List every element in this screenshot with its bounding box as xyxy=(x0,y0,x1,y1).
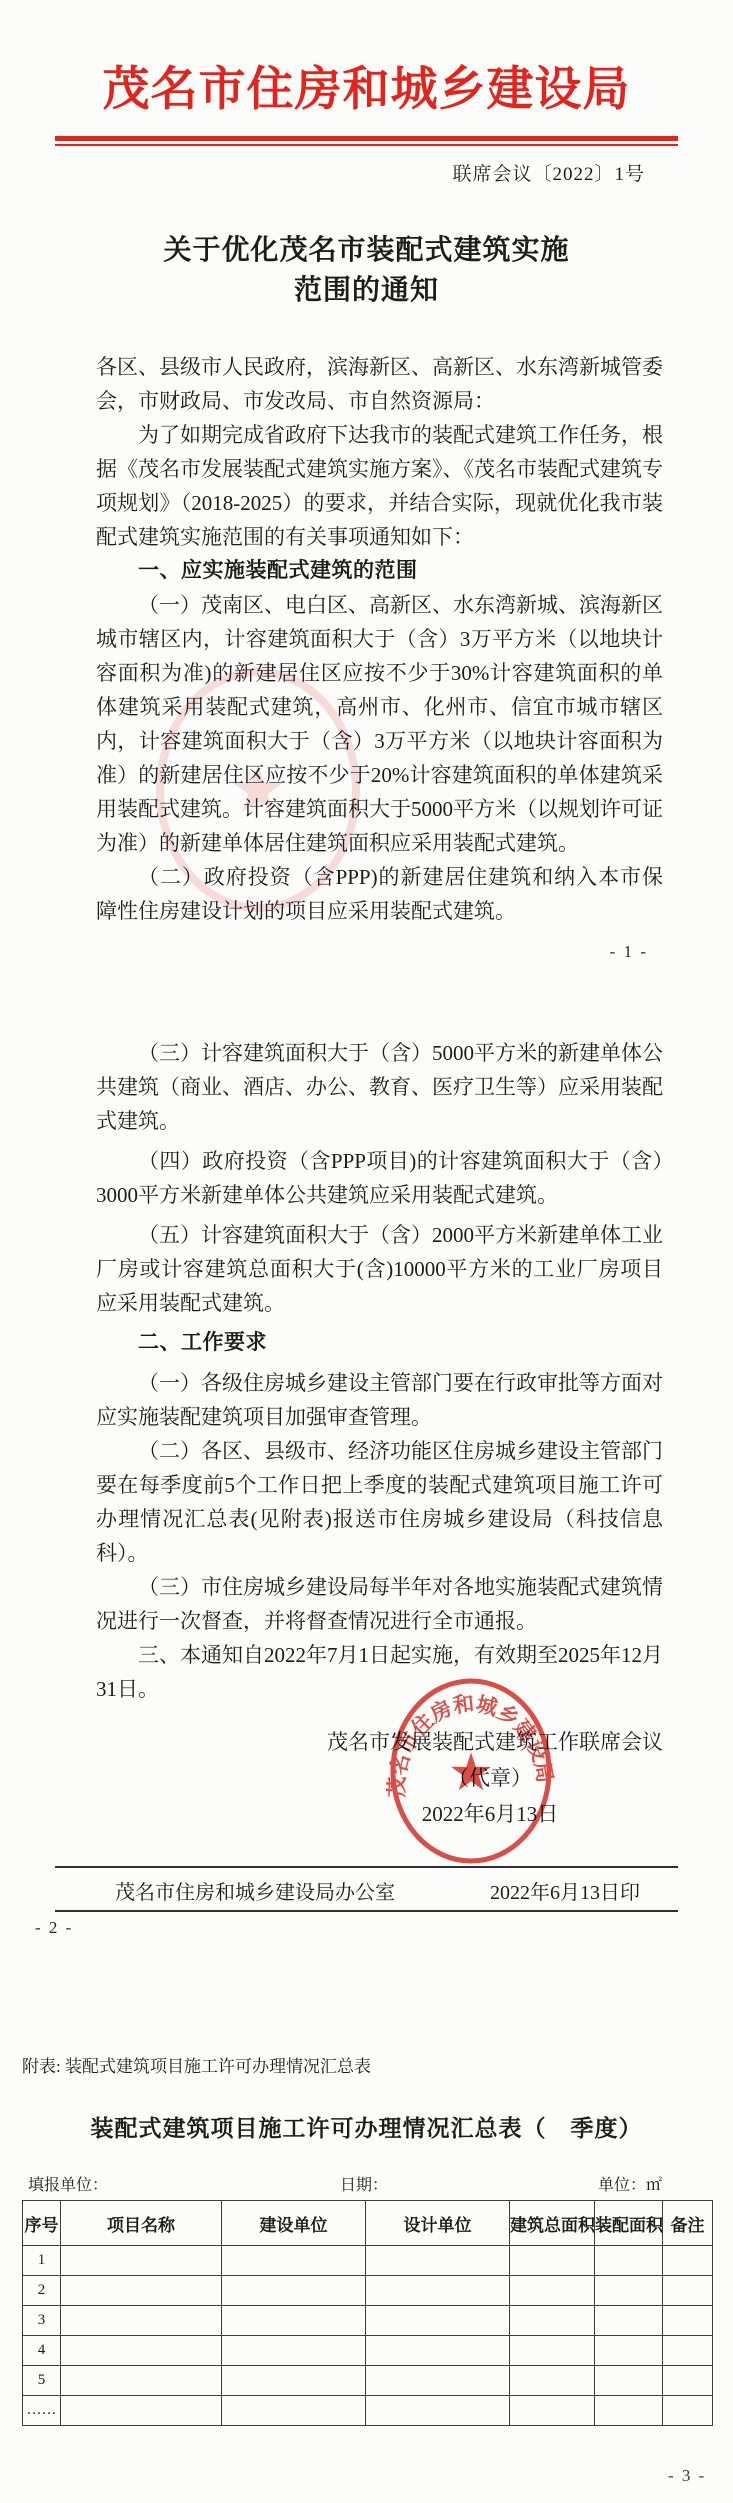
table-row: 5 xyxy=(23,2366,713,2396)
table-row: …… xyxy=(23,2396,713,2426)
letterhead-rule-thick xyxy=(55,136,678,141)
page1-number: - 1 - xyxy=(610,942,648,962)
table-cell-empty xyxy=(595,2306,663,2336)
salutation: 各区、县级市人民政府，滨海新区、高新区、水东湾新城管委会，市财政局、市发改局、市… xyxy=(96,350,663,418)
section2-heading: 二、工作要求 xyxy=(96,1326,663,1360)
item-2: （二）政府投资（含PPP)的新建居住建筑和纳入本市保障性住房建设计划的项目应采用… xyxy=(96,860,663,928)
row-seq: 4 xyxy=(23,2336,61,2366)
validity-clause: 三、本通知自2022年7月1日起实施，有效期至2025年12月31日。 xyxy=(96,1638,663,1706)
colophon-rule-bottom xyxy=(55,1910,678,1912)
agency-letterhead: 茂名市住房和城乡建设局 xyxy=(0,52,733,119)
table-cell-empty xyxy=(595,2366,663,2396)
section1-heading: 一、应实施装配式建筑的范围 xyxy=(96,554,663,588)
table-cell-empty xyxy=(366,2276,510,2306)
item-1: （一）茂南区、电白区、高新区、水东湾新城、滨海新区城市辖区内，计容建筑面积大于（… xyxy=(96,588,663,860)
table-cell-empty xyxy=(510,2276,595,2306)
intro-paragraph: 为了如期完成省政府下达我市的装配式建筑工作任务，根据《茂名市发展装配式建筑实施方… xyxy=(96,418,663,554)
table-row: 2 xyxy=(23,2276,713,2306)
table-cell-empty xyxy=(61,2276,222,2306)
table-cell-empty xyxy=(61,2246,222,2276)
requirement-2: （二）各区、县级市、经济功能区住房城乡建设主管部门要在每季度前5个工作日把上季度… xyxy=(96,1434,663,1570)
col-header-name: 项目名称 xyxy=(61,2201,222,2246)
table-cell-empty xyxy=(510,2246,595,2276)
table-cell-empty xyxy=(61,2396,222,2426)
row-seq: 2 xyxy=(23,2276,61,2306)
table-cell-empty xyxy=(663,2366,713,2396)
table-cell-empty xyxy=(510,2306,595,2336)
table-cell-empty xyxy=(222,2306,366,2336)
table-row: 4 xyxy=(23,2336,713,2366)
table-cell-empty xyxy=(595,2246,663,2276)
page2-body: （三）计容建筑面积大于（含）5000平方米的新建单体公共建筑（商业、酒店、办公、… xyxy=(96,1036,663,1706)
item-5: （五）计容建筑面积大于（含）2000平方米新建单体工业厂房或计容建筑总面积大于(… xyxy=(96,1218,663,1320)
attachment-table-title: 装配式建筑项目施工许可办理情况汇总表（ 季度） xyxy=(0,2110,733,2143)
table-cell-empty xyxy=(222,2246,366,2276)
seal-star-icon: ★ xyxy=(448,1745,495,1802)
row-seq: …… xyxy=(23,2396,61,2426)
page3-number: - 3 - xyxy=(668,2466,706,2486)
colophon-rule-top xyxy=(55,1866,678,1868)
document-number: 联席会议〔2022〕1号 xyxy=(452,159,645,186)
table-cell-empty xyxy=(366,2396,510,2426)
table-cell-empty xyxy=(595,2336,663,2366)
table-cell-empty xyxy=(366,2306,510,2336)
summary-table: 序号 项目名称 建设单位 设计单位 建筑总面积 装配面积 备注 1 2 3 xyxy=(22,2200,713,2426)
page2-number: - 2 - xyxy=(35,1918,73,1938)
table-cell-empty xyxy=(663,2396,713,2426)
table-cell-empty xyxy=(222,2366,366,2396)
date-label: 日期： xyxy=(340,2172,388,2195)
table-cell-empty xyxy=(61,2336,222,2366)
table-cell-empty xyxy=(595,2276,663,2306)
table-header-row: 序号 项目名称 建设单位 设计单位 建筑总面积 装配面积 备注 xyxy=(23,2201,713,2246)
col-header-seq: 序号 xyxy=(23,2201,61,2246)
fill-unit-label: 填报单位： xyxy=(28,2172,108,2195)
page1-body: 各区、县级市人民政府，滨海新区、高新区、水东湾新城管委会，市财政局、市发改局、市… xyxy=(96,350,663,928)
unit-label: 单位：㎡ xyxy=(598,2172,662,2195)
requirement-3: （三）市住房城乡建设局每半年对各地实施装配式建筑情况进行一次督查，并将督查情况进… xyxy=(96,1570,663,1638)
item-4: （四）政府投资（含PPP项目)的计容建筑面积大于（含）3000平方米新建单体公共… xyxy=(96,1144,663,1212)
row-seq: 3 xyxy=(23,2306,61,2336)
table-cell-empty xyxy=(366,2246,510,2276)
letterhead-rule-thin xyxy=(55,144,678,146)
col-header-asm: 装配面积 xyxy=(595,2201,663,2246)
col-header-area: 建筑总面积 xyxy=(510,2201,595,2246)
table-cell-empty xyxy=(663,2276,713,2306)
table-cell-empty xyxy=(595,2396,663,2426)
table-cell-empty xyxy=(663,2246,713,2276)
document-title-line1: 关于优化茂名市装配式建筑实施 xyxy=(0,228,733,268)
attachment-label: 附表: 装配式建筑项目施工许可办理情况汇总表 xyxy=(22,2052,371,2077)
row-seq: 5 xyxy=(23,2366,61,2396)
table-cell-empty xyxy=(663,2336,713,2366)
table-cell-empty xyxy=(663,2306,713,2336)
table-cell-empty xyxy=(61,2306,222,2336)
signature-org: 茂名市发展装配式建筑工作联席会议 xyxy=(96,1726,663,1756)
col-header-design: 设计单位 xyxy=(366,2201,510,2246)
col-header-build: 建设单位 xyxy=(222,2201,366,2246)
table-cell-empty xyxy=(222,2396,366,2426)
row-seq: 1 xyxy=(23,2246,61,2276)
colophon-print-date: 2022年6月13日印 xyxy=(490,1876,640,1905)
table-cell-empty xyxy=(510,2336,595,2366)
colophon-office: 茂名市住房和城乡建设局办公室 xyxy=(115,1876,395,1905)
table-cell-empty xyxy=(61,2366,222,2396)
document-page: 茂名市住房和城乡建设局 联席会议〔2022〕1号 关于优化茂名市装配式建筑实施 … xyxy=(0,0,733,2503)
table-cell-empty xyxy=(366,2336,510,2366)
table-cell-empty xyxy=(222,2336,366,2366)
table-cell-empty xyxy=(222,2276,366,2306)
table-row: 1 xyxy=(23,2246,713,2276)
official-seal: 茂名市住房和城乡建设局 ★ xyxy=(386,1676,556,1866)
item-3: （三）计容建筑面积大于（含）5000平方米的新建单体公共建筑（商业、酒店、办公、… xyxy=(96,1036,663,1138)
requirement-1: （一）各级住房城乡建设主管部门要在行政审批等方面对应实施装配建筑项目加强审查管理… xyxy=(96,1366,663,1434)
table-cell-empty xyxy=(510,2396,595,2426)
document-title-line2: 范围的通知 xyxy=(0,268,733,308)
table-row: 3 xyxy=(23,2306,713,2336)
table-cell-empty xyxy=(510,2366,595,2396)
col-header-note: 备注 xyxy=(663,2201,713,2246)
table-cell-empty xyxy=(366,2366,510,2396)
